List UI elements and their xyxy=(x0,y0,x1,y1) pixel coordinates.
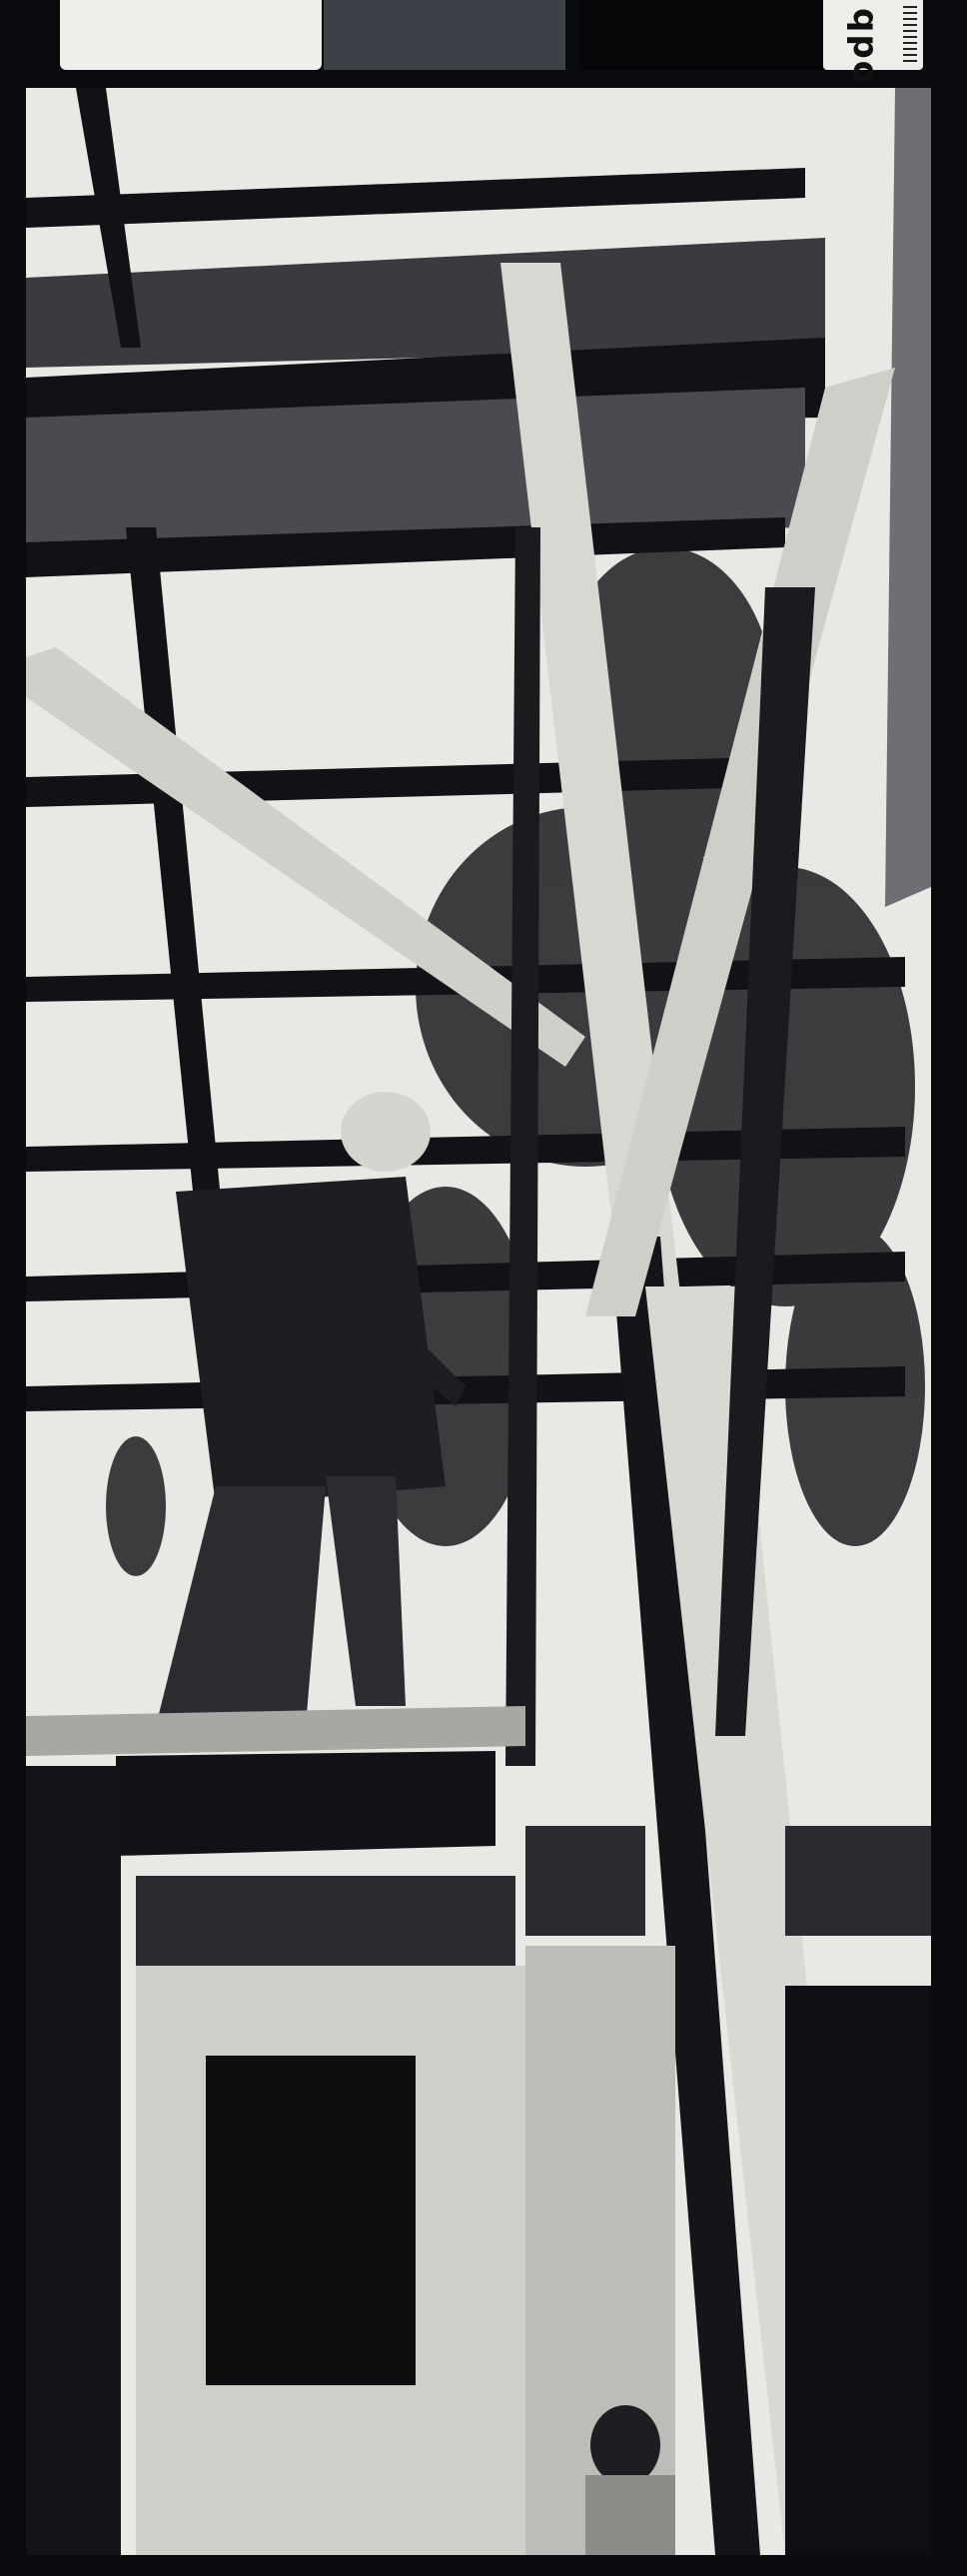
calibration-ruler: qpo xyxy=(823,0,923,70)
window xyxy=(206,2056,416,2385)
calibration-white-patch xyxy=(60,0,322,70)
calibration-black-patch xyxy=(579,0,823,70)
calibration-gray-patch xyxy=(324,0,565,70)
ruler-ticks xyxy=(903,6,917,66)
photograph xyxy=(26,88,931,2555)
photo-illustration xyxy=(26,88,931,2555)
ruler-label: qpo xyxy=(845,8,885,86)
